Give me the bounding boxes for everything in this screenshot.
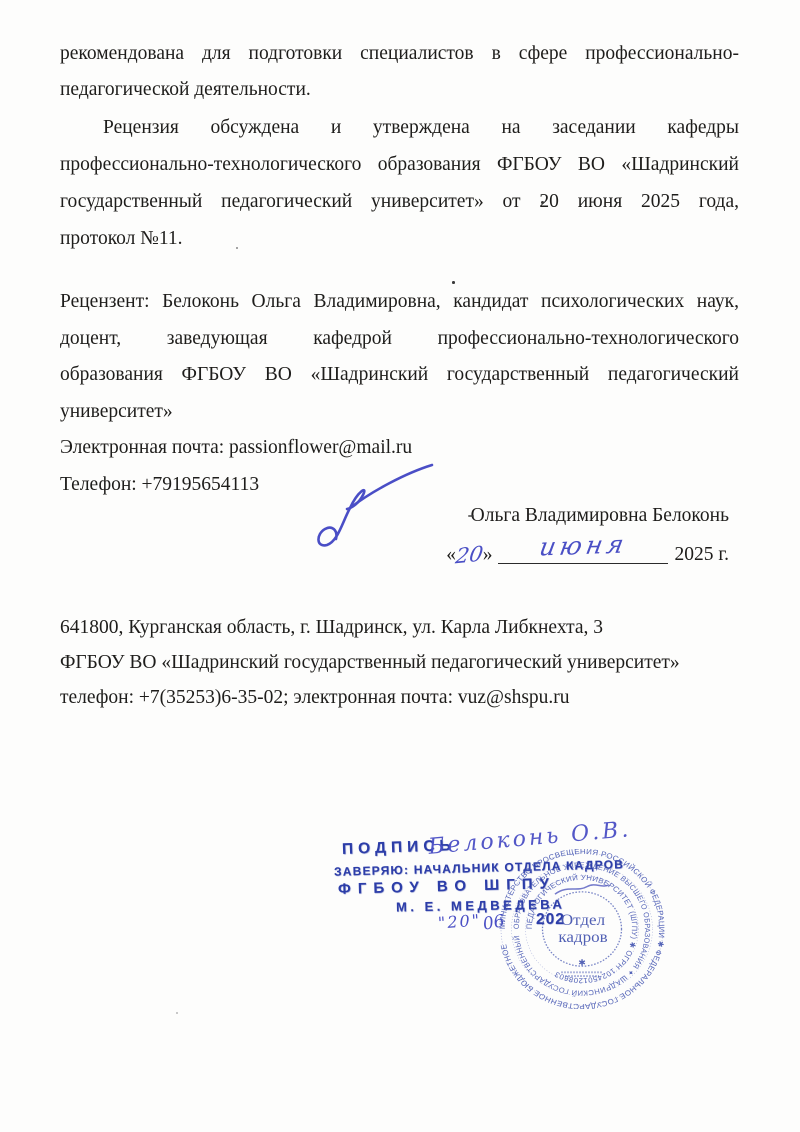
text-line: рекомендована для подготовки специалисто… xyxy=(60,43,739,79)
stamp-person-line: М. Е. МЕДВЕДЕВА xyxy=(396,897,566,915)
scan-speck xyxy=(468,515,474,517)
year-label: 2025 г. xyxy=(674,544,729,566)
scan-speck xyxy=(176,1012,178,1014)
scan-speck xyxy=(236,247,238,249)
svg-text:ОБРАЗОВАТЕЛЬНОЕ УЧРЕЖДЕНИЕ ВЫС: ОБРАЗОВАТЕЛЬНОЕ УЧРЕЖДЕНИЕ ВЫСШЕГО ОБРАЗ… xyxy=(512,861,652,998)
text-line: Рецензент: Белоконь Ольга Владимировна, … xyxy=(60,291,739,328)
stamp-org-line: ФГБОУ ВО ШГПУ xyxy=(338,875,556,898)
stamp-certify-line: ЗАВЕРЯЮ: НАЧАЛЬНИК ОТДЕЛА КАДРОВ xyxy=(334,857,624,879)
seal-ring-inner-text: ПЕДАГОГИЧЕСКИЙ УНИВЕРСИТЕТ (ШГПУ) ✱ ОГРН… xyxy=(525,873,640,985)
address-line: телефон: +7(35253)6-35-02; электронная п… xyxy=(60,687,739,722)
stamp-handwritten-name: Белоконь О.В. xyxy=(427,817,632,860)
text-line: Рецензия обсуждена и утверждена на засед… xyxy=(60,117,739,154)
scan-speck xyxy=(452,281,455,284)
svg-text:ПЕДАГОГИЧЕСКИЙ УНИВЕРСИТЕТ (ШГ: ПЕДАГОГИЧЕСКИЙ УНИВЕРСИТЕТ (ШГПУ) ✱ ОГРН… xyxy=(525,873,640,985)
stamp-year-prefix: 202 xyxy=(536,911,565,929)
address-line: ФГБОУ ВО «Шадринский государственный пед… xyxy=(60,652,739,687)
text-line: образования ФГБОУ ВО «Шадринский государ… xyxy=(60,364,739,401)
text-line: профессионально-технологического образов… xyxy=(60,154,739,191)
seal-ring-outer-text: МИНИСТЕРСТВО ПРОСВЕЩЕНИЯ РОССИЙСКОЙ ФЕДЕ… xyxy=(498,849,666,1009)
reviewer-signoff-name: Ольга Владимировна Белоконь xyxy=(471,505,729,527)
paragraph-approval: Рецензия обсуждена и утверждена на засед… xyxy=(60,117,739,265)
text-line: государственный педагогический университ… xyxy=(60,191,739,228)
handwritten-day: 20 xyxy=(454,544,484,568)
round-seal: МИНИСТЕРСТВО ПРОСВЕЩЕНИЯ РОССИЙСКОЙ ФЕДЕ… xyxy=(497,849,667,1009)
stamp-handwritten-day: "20" xyxy=(437,911,481,933)
stamp-podpis-label: ПОДПИСЬ xyxy=(342,837,456,859)
svg-text:МИНИСТЕРСТВО ПРОСВЕЩЕНИЯ РОССИ: МИНИСТЕРСТВО ПРОСВЕЩЕНИЯ РОССИЙСКОЙ ФЕДЕ… xyxy=(498,849,666,1009)
text-line: протокол №11. xyxy=(60,228,739,265)
seal-ring-middle-text: ОБРАЗОВАТЕЛЬНОЕ УЧРЕЖДЕНИЕ ВЫСШЕГО ОБРАЗ… xyxy=(512,861,652,998)
seal-bottom-mark: ✱ xyxy=(578,958,586,968)
seal-handwritten-squiggle xyxy=(555,885,609,894)
seal-center-line2: кадров xyxy=(558,928,607,946)
text-line: педагогической деятельности. xyxy=(60,79,739,115)
scan-speck xyxy=(541,201,544,204)
signature-ink-flourish xyxy=(310,453,445,553)
signoff-date-line: «20»июня2025 г. xyxy=(446,533,729,566)
handwritten-month: июня xyxy=(537,531,629,559)
seal-center-line1: Отдел xyxy=(561,911,605,929)
text-line: университет» xyxy=(60,401,739,438)
seal-microtext-smudge xyxy=(561,972,603,976)
date-blank-underline: июня xyxy=(498,533,668,564)
scanned-review-document-page: рекомендована для подготовки специалисто… xyxy=(0,0,800,1132)
address-line: 641800, Курганская область, г. Шадринск,… xyxy=(60,617,739,652)
address-block: 641800, Курганская область, г. Шадринск,… xyxy=(60,617,739,722)
stamp-handwritten-month: 06 xyxy=(481,911,506,934)
text-line: доцент, заведующая кафедрой профессионал… xyxy=(60,328,739,365)
paragraph-recommendation: рекомендована для подготовки специалисто… xyxy=(60,43,739,115)
